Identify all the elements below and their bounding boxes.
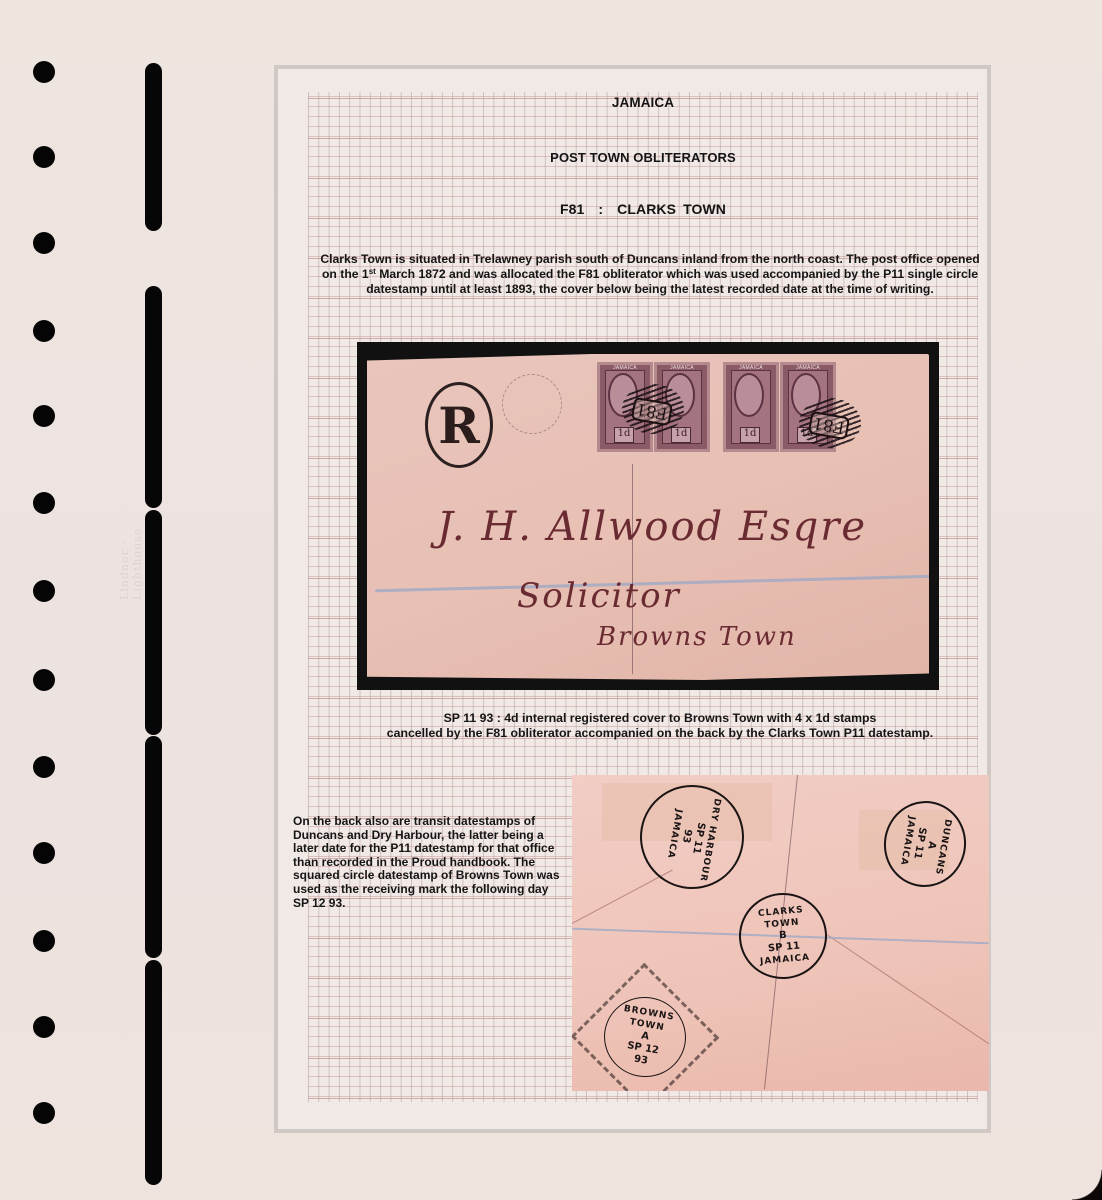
caption-line-2: cancelled by the F81 obliterator accompa… [318, 726, 1002, 741]
postmark-year: 93 [679, 828, 693, 844]
punch-hole [33, 320, 55, 342]
cover-front-mount: R JAMAICA 1d JAMAICA 1d JAMAICA 1d JAMAI… [357, 342, 939, 690]
binder-slot [145, 63, 162, 231]
stamp-country: JAMAICA [600, 365, 650, 371]
binder-slot [145, 286, 162, 508]
subject-heading-text: F81 : CLARKS TOWN [560, 201, 726, 217]
punch-hole [33, 232, 55, 254]
intro-text-b: March 1872 and was allocated the F81 obl… [366, 267, 978, 296]
registration-r-mark: R [425, 382, 493, 468]
caption-line-1: SP 11 93 : 4d internal registered cover … [318, 711, 1002, 726]
punch-hole [33, 669, 55, 691]
punch-hole [33, 405, 55, 427]
address-line-2: Solicitor [517, 576, 681, 616]
intro-sup: st [369, 267, 376, 276]
intro-paragraph: Clarks Town is situated in Trelawney par… [318, 252, 982, 297]
binder-slot [145, 736, 162, 958]
binder-slot [145, 960, 162, 1185]
postmark-town: CLARKS TOWN [739, 902, 825, 933]
queen-portrait-icon [734, 373, 764, 417]
punch-hole [33, 842, 55, 864]
cover-front: R JAMAICA 1d JAMAICA 1d JAMAICA 1d JAMAI… [367, 354, 929, 680]
punch-hole [33, 1016, 55, 1038]
stamp-1d: JAMAICA 1d [723, 362, 779, 452]
section-heading: POST TOWN OBLITERATORS [308, 150, 978, 165]
envelope-fold-line [827, 935, 989, 1076]
back-note-paragraph: On the back also are transit datestamps … [293, 815, 563, 910]
postmark-clarks-town: CLARKS TOWN B SP 11 JAMAICA [735, 889, 830, 982]
postmark-code: A [924, 840, 937, 850]
punch-hole [33, 930, 55, 952]
stamp-value: 1d [614, 427, 634, 443]
address-line-1: J. H. Allwood Esqre [437, 504, 867, 550]
punch-hole [33, 580, 55, 602]
cover-caption: SP 11 93 : 4d internal registered cover … [318, 711, 1002, 741]
punch-hole [33, 756, 55, 778]
punch-hole [33, 61, 55, 83]
page-corner [1072, 1170, 1102, 1200]
stamp-value: 1d [671, 427, 691, 443]
punch-hole [33, 492, 55, 514]
stamp-country: JAMAICA [657, 365, 707, 371]
stamp-country: JAMAICA [783, 365, 833, 371]
show-through-text: Lindner · Lighthouse [118, 480, 148, 600]
country-heading: JAMAICA [308, 95, 978, 110]
postmark-year: 93 [633, 1054, 649, 1068]
cover-back: DRY HARBOUR SP 11 93 JAMAICA DUNCANS A S… [572, 775, 989, 1091]
address-line-3: Browns Town [597, 622, 797, 652]
punch-hole [33, 146, 55, 168]
faint-datestamp [502, 374, 562, 434]
postmark-country: JAMAICA [760, 952, 811, 968]
stamp-country: JAMAICA [726, 365, 776, 371]
punch-hole [33, 1102, 55, 1124]
postmark-code: B [779, 930, 788, 943]
subject-heading: F81 : CLARKS TOWN [308, 201, 978, 217]
registration-letter: R [438, 396, 480, 455]
stamp-value: 1d [740, 427, 760, 443]
